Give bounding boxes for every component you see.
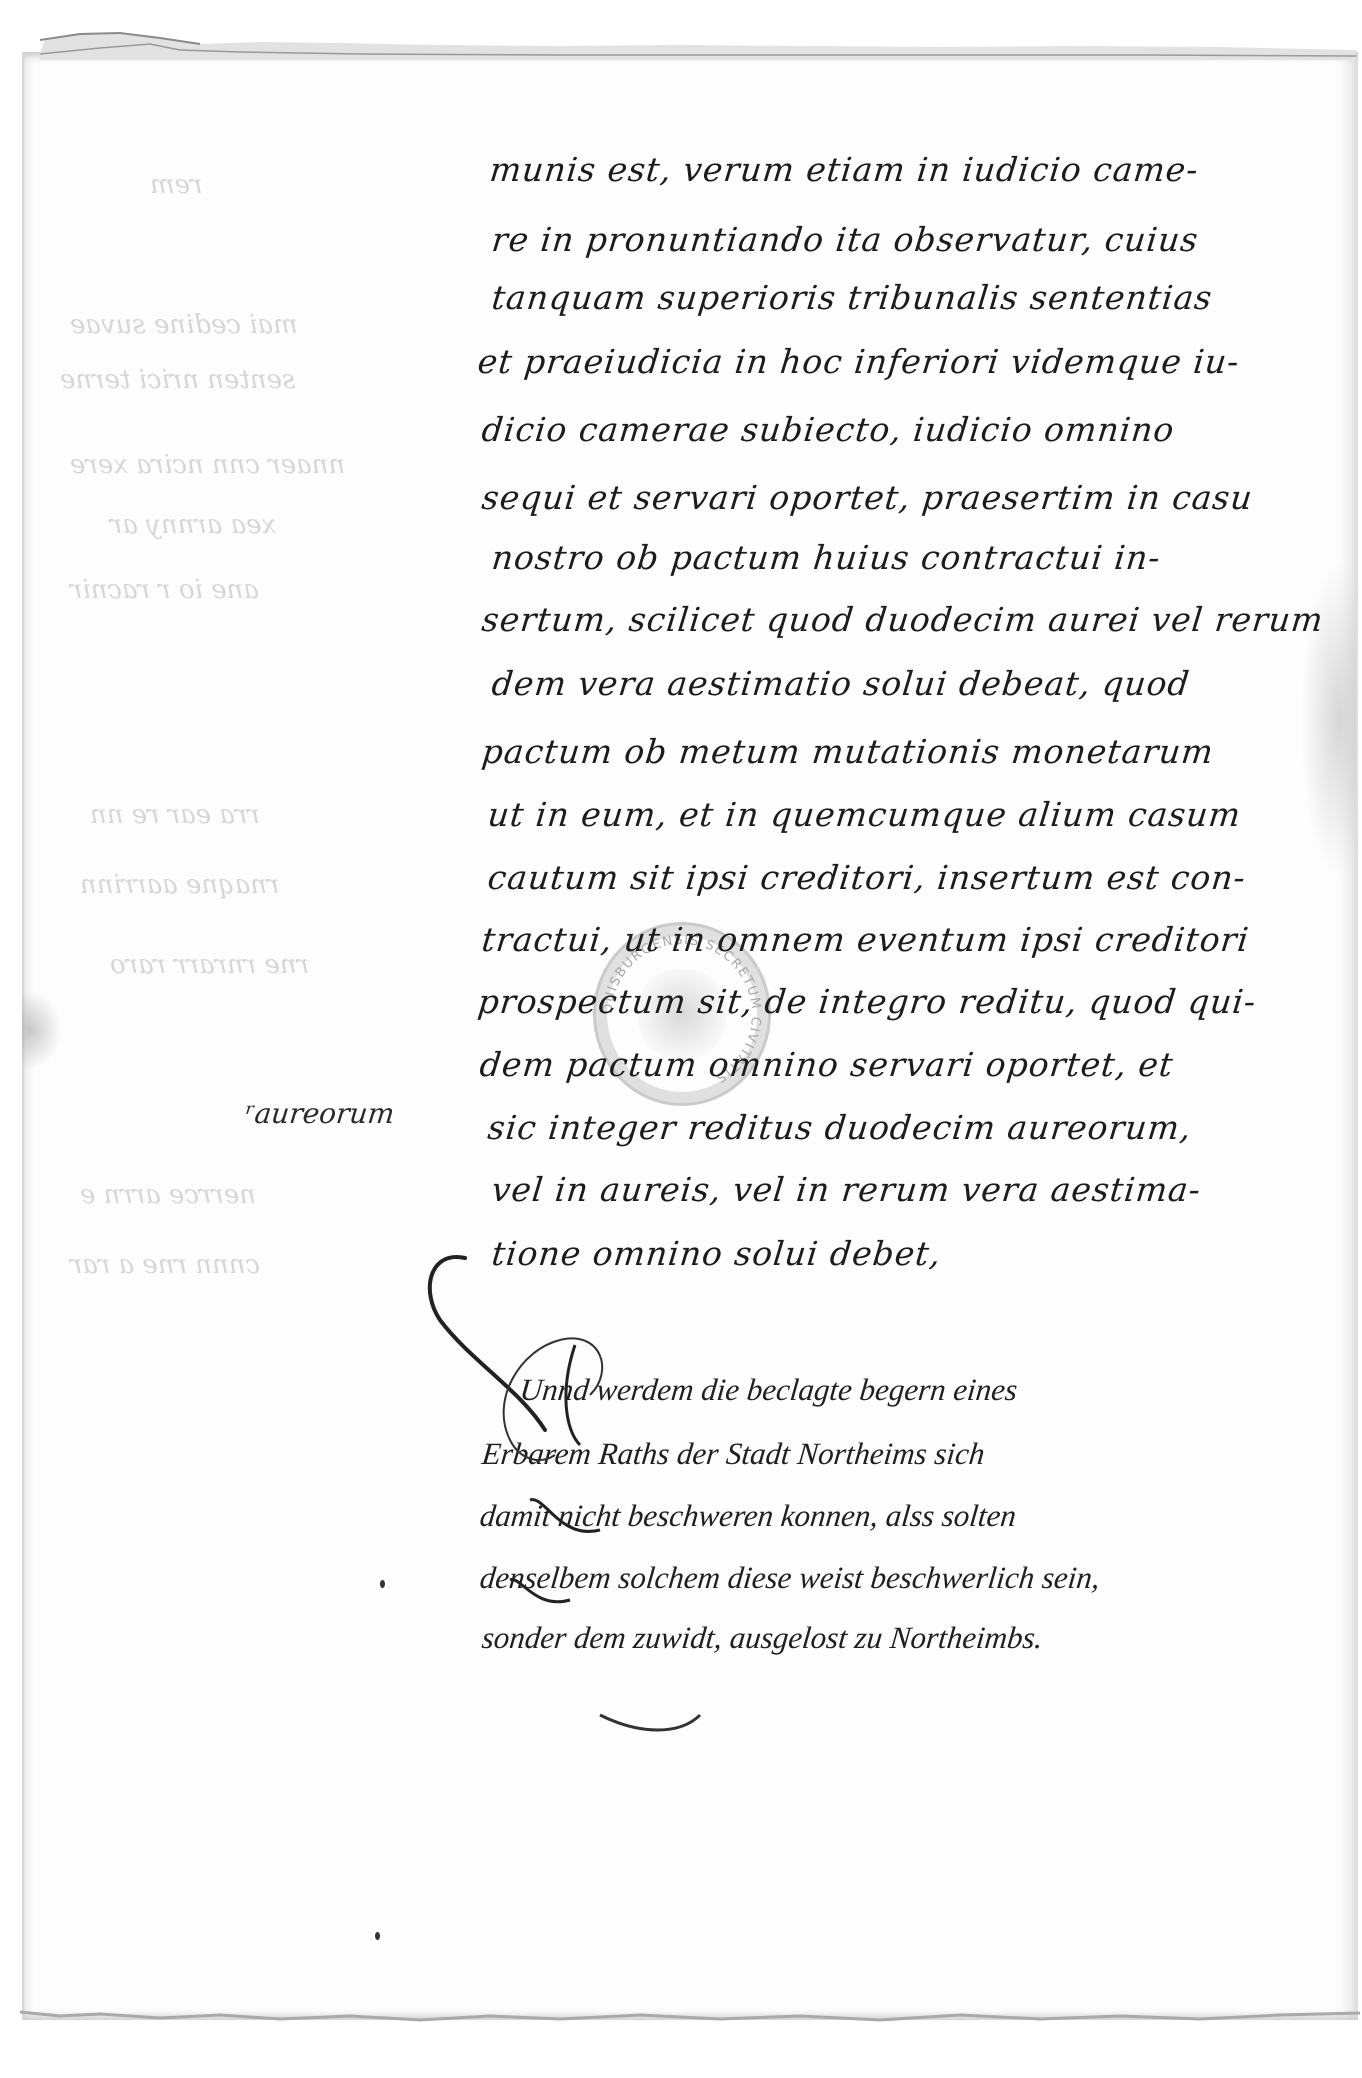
text-line: cautum sit ipsi creditori, insertum est …: [486, 858, 1248, 897]
bleed-through-text: rnaqne aarrinn: [80, 870, 279, 900]
margin-note: ʳaureorum: [243, 1097, 396, 1130]
margin-note-text: aureorum: [253, 1097, 396, 1130]
text-line: tractui, ut in omnem eventum ipsi credit…: [480, 920, 1251, 959]
text-line: sonder dem zuwidt, ausgelost zu Northeim…: [480, 1620, 1044, 1656]
bleed-through-text: nnaer cnn ncira xere: [70, 450, 345, 480]
edge-stain: [22, 990, 62, 1070]
text-line: Unnd werdem die beclagte begern eines: [518, 1372, 1019, 1408]
text-line: et praeiudicia in hoc inferiori videmque…: [476, 342, 1242, 381]
text-line: Erbarem Raths der Stadt Northeims sich: [480, 1436, 986, 1472]
bleed-through-text: mai cedine suvae: [70, 310, 298, 340]
text-line: sequi et servari oportet, praesertim in …: [480, 478, 1255, 517]
torn-bottom-edge: [20, 2010, 1360, 2030]
text-line: dem pactum omnino servari oportet, et: [478, 1045, 1176, 1084]
bleed-through-text: rra ear re nn: [90, 800, 260, 830]
torn-top-edge: [40, 30, 1356, 60]
ink-dot: [380, 1580, 385, 1588]
bleed-through-text: ane io r racnir: [70, 575, 259, 605]
text-line: nostro ob pactum huius contractui in-: [490, 538, 1163, 577]
bleed-through-text: cnnn rne a rar: [70, 1250, 260, 1280]
text-line: re in pronuntiando ita observatur, cuius: [490, 220, 1201, 259]
text-line: dem vera aestimatio solui debeat, quod: [490, 664, 1192, 703]
ink-dot: [375, 1932, 380, 1940]
text-line: sic integer reditus duodecim aureorum,: [486, 1108, 1194, 1147]
text-line: denselbem solchem diese weist beschwerli…: [478, 1560, 1102, 1596]
text-line: ut in eum, et in quemcumque alium casum: [486, 795, 1243, 834]
bleed-through-text: xea arnny ar: [110, 510, 276, 540]
text-line: sertum, scilicet quod duodecim aurei vel…: [480, 600, 1326, 639]
text-line: pactum ob metum mutationis monetarum: [480, 732, 1216, 771]
text-line: vel in aureis, vel in rerum vera aestima…: [490, 1170, 1203, 1209]
text-line: damit nicht beschweren konnen, alss solt…: [478, 1498, 1018, 1534]
text-line: tanquam superioris tribunalis sententias: [490, 278, 1215, 317]
text-line: tione omnino solui debet,: [490, 1234, 943, 1273]
bleed-through-text: senten nrici terne: [60, 365, 295, 395]
text-line: dicio camerae subiecto, iudicio omnino: [480, 410, 1177, 449]
bleed-through-text: rne rnrarr raro: [110, 950, 309, 980]
text-line: prospectum sit, de integro reditu, quod …: [476, 982, 1258, 1021]
text-line: munis est, verum etiam in iudicio came-: [488, 150, 1201, 189]
bleed-through-text: nerrce arrn e: [80, 1180, 256, 1210]
bleed-through-text: rem: [150, 170, 202, 200]
